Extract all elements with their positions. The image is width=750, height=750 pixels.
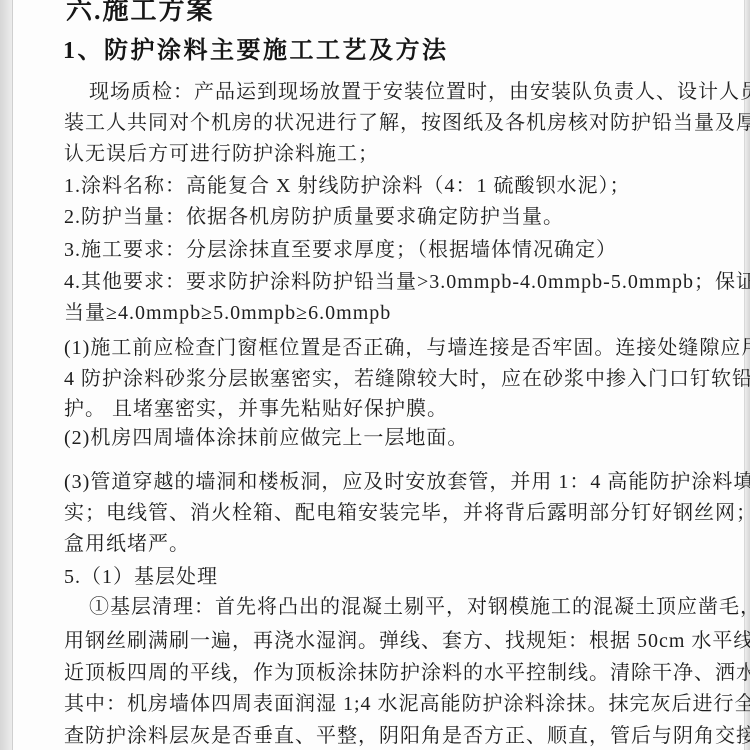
section-heading: 六.施工方案	[66, 0, 215, 27]
document-page: 六.施工方案 1、防护涂料主要施工工艺及方法 现场质检：产品运到现场放置于安装位…	[0, 0, 750, 750]
paragraph-line: (1)施工前应检查门窗框位置是否正确，与墙连接是否牢固。连接处缝隙应用 1：	[64, 336, 750, 360]
list-item-line: 3.施工要求：分层涂抹直至要求厚度；（根据墙体情况确定）	[64, 238, 617, 262]
paragraph-line: 装工人共同对个机房的状况进行了解，按图纸及各机房核对防护铅当量及厚度确	[64, 111, 750, 135]
list-item-line: 5.（1）基层处理	[64, 565, 218, 589]
paragraph-line: 现场质检：产品运到现场放置于安装位置时，由安装队负责人、设计人员及安	[89, 80, 750, 104]
paragraph-line: ①基层清理：首先将凸出的混凝土剔平，对钢模施工的混凝土顶应凿毛，并	[89, 595, 750, 619]
list-item-line: 4.其他要求：要求防护涂料防护铅当量>3.0mmpb-4.0mmpb-5.0mm…	[64, 270, 750, 294]
paragraph-line: 盒用纸堵严。	[64, 532, 190, 556]
subsection-heading: 1、防护涂料主要施工工艺及方法	[63, 30, 449, 65]
paragraph-line: (3)管道穿越的墙洞和楼板洞，应及时安放套管，并用 1：4 高能防护涂料填塞密	[64, 470, 750, 494]
paragraph-line: 用钢丝刷满刷一遍，再浇水湿润。弹线、套方、找规矩：根据 50cm 水平线找出靠	[64, 629, 750, 653]
paragraph-line: 实；电线管、消火栓箱、配电箱安装完毕，并将背后露明部分钉好钢丝网；接线	[64, 501, 750, 525]
paragraph-line: 近顶板四周的平线，作为顶板涂抹防护涂料的水平控制线。清除干净、洒水润湿。	[64, 661, 750, 685]
list-item-line: 当量≥4.0mmpb≥5.0mmpb≥6.0mmpb	[64, 301, 391, 325]
list-item-line: 1.涂料名称：高能复合 X 射线防护涂料（4：1 硫酸钡水泥）；	[64, 174, 630, 198]
paragraph-line: 护。 且堵塞密实，并事先粘贴好保护膜。	[64, 397, 448, 421]
paragraph-line: (2)机房四周墙体涂抹前应做完上一层地面。	[64, 426, 468, 450]
paragraph-line: 认无误后方可进行防护涂料施工；	[64, 142, 379, 166]
page-left-edge	[0, 0, 13, 750]
list-item-line: 2.防护当量：依据各机房防护质量要求确定防护当量。	[64, 205, 564, 229]
paragraph-line: 其中：机房墙体四周表面润湿 1;4 水泥高能防护涂料涂抹。抹完灰后进行全面检	[64, 692, 750, 716]
paragraph-line: 查防护涂料层灰是否垂直、平整，阴阳角是否方正、顺直，管后与阴角交接处、	[64, 724, 750, 748]
paragraph-line: 4 防护涂料砂浆分层嵌塞密实，若缝隙较大时，应在砂浆中掺入门口钉软铅皮保	[64, 367, 750, 391]
